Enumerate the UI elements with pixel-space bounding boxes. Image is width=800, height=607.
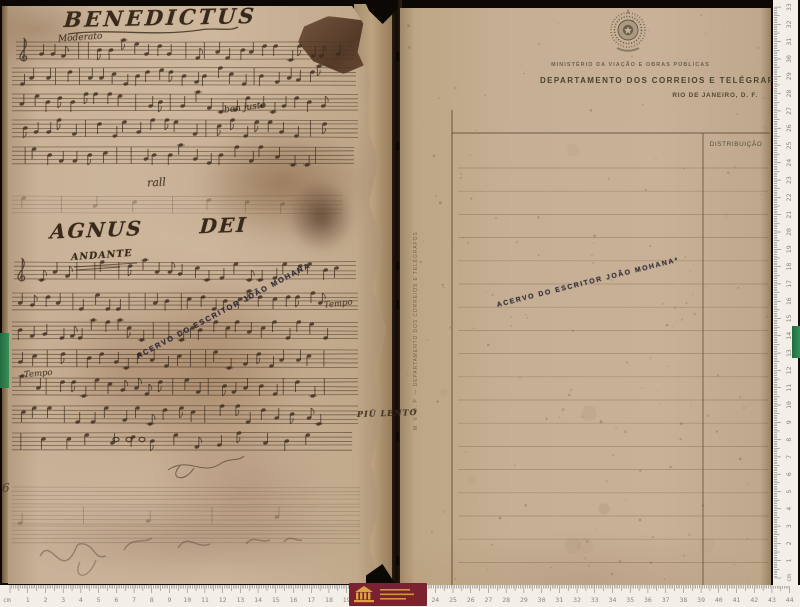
spine-imprint-text: M. V. O. P. — DEPARTAMENTO DOS CORREIOS … [413, 188, 419, 430]
svg-text:4: 4 [79, 596, 83, 604]
svg-text:32: 32 [785, 20, 793, 28]
pencil-page-mark: 6 [2, 481, 10, 495]
svg-text:35: 35 [626, 596, 634, 604]
svg-text:30: 30 [538, 596, 546, 604]
svg-text:21: 21 [785, 211, 793, 219]
svg-text:5: 5 [785, 489, 793, 493]
svg-text:9: 9 [168, 596, 172, 604]
svg-text:15: 15 [785, 315, 793, 323]
svg-text:17: 17 [785, 280, 793, 288]
svg-text:cm: cm [3, 596, 11, 604]
svg-text:12: 12 [785, 366, 793, 374]
svg-text:16: 16 [290, 596, 298, 604]
piu-lento-annotation: PIÙ LENTO [357, 407, 418, 419]
svg-text:13: 13 [236, 596, 244, 604]
svg-text:26: 26 [785, 124, 793, 132]
city-line: RIO DE JANEIRO, D. F. [640, 92, 758, 99]
svg-text:11: 11 [785, 384, 793, 392]
svg-text:14: 14 [254, 596, 262, 604]
svg-text:5: 5 [97, 596, 101, 604]
svg-text:16: 16 [785, 297, 793, 305]
svg-text:26: 26 [467, 596, 475, 604]
svg-text:33: 33 [785, 3, 793, 11]
svg-text:29: 29 [520, 596, 528, 604]
brazil-coat-of-arms-icon [606, 8, 650, 60]
svg-text:24: 24 [785, 159, 793, 167]
svg-text:8: 8 [785, 438, 793, 442]
svg-text:38: 38 [679, 596, 687, 604]
svg-text:7: 7 [785, 455, 793, 459]
svg-text:17: 17 [307, 596, 315, 604]
svg-text:31: 31 [785, 38, 793, 46]
svg-text:9: 9 [785, 420, 793, 424]
svg-text:7: 7 [132, 596, 136, 604]
svg-text:6: 6 [114, 596, 118, 604]
svg-text:8: 8 [150, 596, 154, 604]
svg-text:39: 39 [697, 596, 705, 604]
archive-building-icon [349, 583, 427, 606]
department-header: DEPARTAMENTO DOS CORREIOS E TELÉGRAFOS [540, 76, 756, 85]
svg-text:6: 6 [785, 472, 793, 476]
svg-text:25: 25 [785, 142, 793, 150]
svg-text:29: 29 [785, 72, 793, 80]
svg-text:34: 34 [609, 596, 617, 604]
svg-text:4: 4 [785, 507, 793, 511]
svg-text:43: 43 [768, 596, 776, 604]
scanned-document-photo: MINISTÉRIO DA VIAÇÃO E OBRAS PÚBLICAS DE… [0, 0, 800, 607]
svg-text:10: 10 [183, 596, 191, 604]
vertical-cm-ruler: cm12345678910111213141516171819202122232… [773, 0, 798, 586]
svg-text:cm: cm [785, 574, 793, 582]
svg-text:3: 3 [61, 596, 65, 604]
svg-text:15: 15 [272, 596, 280, 604]
distribution-column-header: DISTRIBUIÇÃO [704, 141, 768, 148]
svg-text:2: 2 [43, 596, 47, 604]
svg-text:28: 28 [785, 90, 793, 98]
svg-text:41: 41 [733, 596, 741, 604]
svg-text:1: 1 [785, 559, 793, 563]
svg-text:40: 40 [715, 596, 723, 604]
svg-text:12: 12 [219, 596, 227, 604]
svg-text:27: 27 [485, 596, 493, 604]
benedictus-title: BENEDICTUS [63, 3, 258, 32]
svg-text:10: 10 [785, 401, 793, 409]
svg-text:11: 11 [201, 596, 209, 604]
svg-text:44: 44 [786, 596, 794, 604]
svg-text:36: 36 [644, 596, 652, 604]
svg-text:27: 27 [785, 107, 793, 115]
svg-text:31: 31 [555, 596, 563, 604]
svg-text:25: 25 [449, 596, 457, 604]
archive-logo-badge [349, 583, 427, 606]
ruler-scale: cm12345678910111213141516171819202122232… [773, 0, 798, 586]
svg-text:2: 2 [785, 541, 793, 545]
svg-text:33: 33 [591, 596, 599, 604]
svg-text:42: 42 [750, 596, 758, 604]
svg-text:22: 22 [785, 193, 793, 201]
svg-text:20: 20 [785, 228, 793, 236]
green-marker-tab [792, 326, 800, 358]
svg-text:37: 37 [662, 596, 670, 604]
svg-text:28: 28 [502, 596, 510, 604]
svg-text:1: 1 [26, 596, 30, 604]
svg-text:18: 18 [325, 596, 333, 604]
svg-text:19: 19 [785, 245, 793, 253]
rall-annotation: rall [147, 176, 167, 190]
svg-text:18: 18 [785, 263, 793, 271]
svg-text:3: 3 [785, 524, 793, 528]
svg-text:24: 24 [431, 596, 439, 604]
svg-text:32: 32 [573, 596, 581, 604]
ministry-header: MINISTÉRIO DA VIAÇÃO E OBRAS PÚBLICAS [538, 62, 723, 68]
svg-text:30: 30 [785, 55, 793, 63]
svg-text:23: 23 [785, 176, 793, 184]
green-marker-tab [0, 333, 9, 388]
